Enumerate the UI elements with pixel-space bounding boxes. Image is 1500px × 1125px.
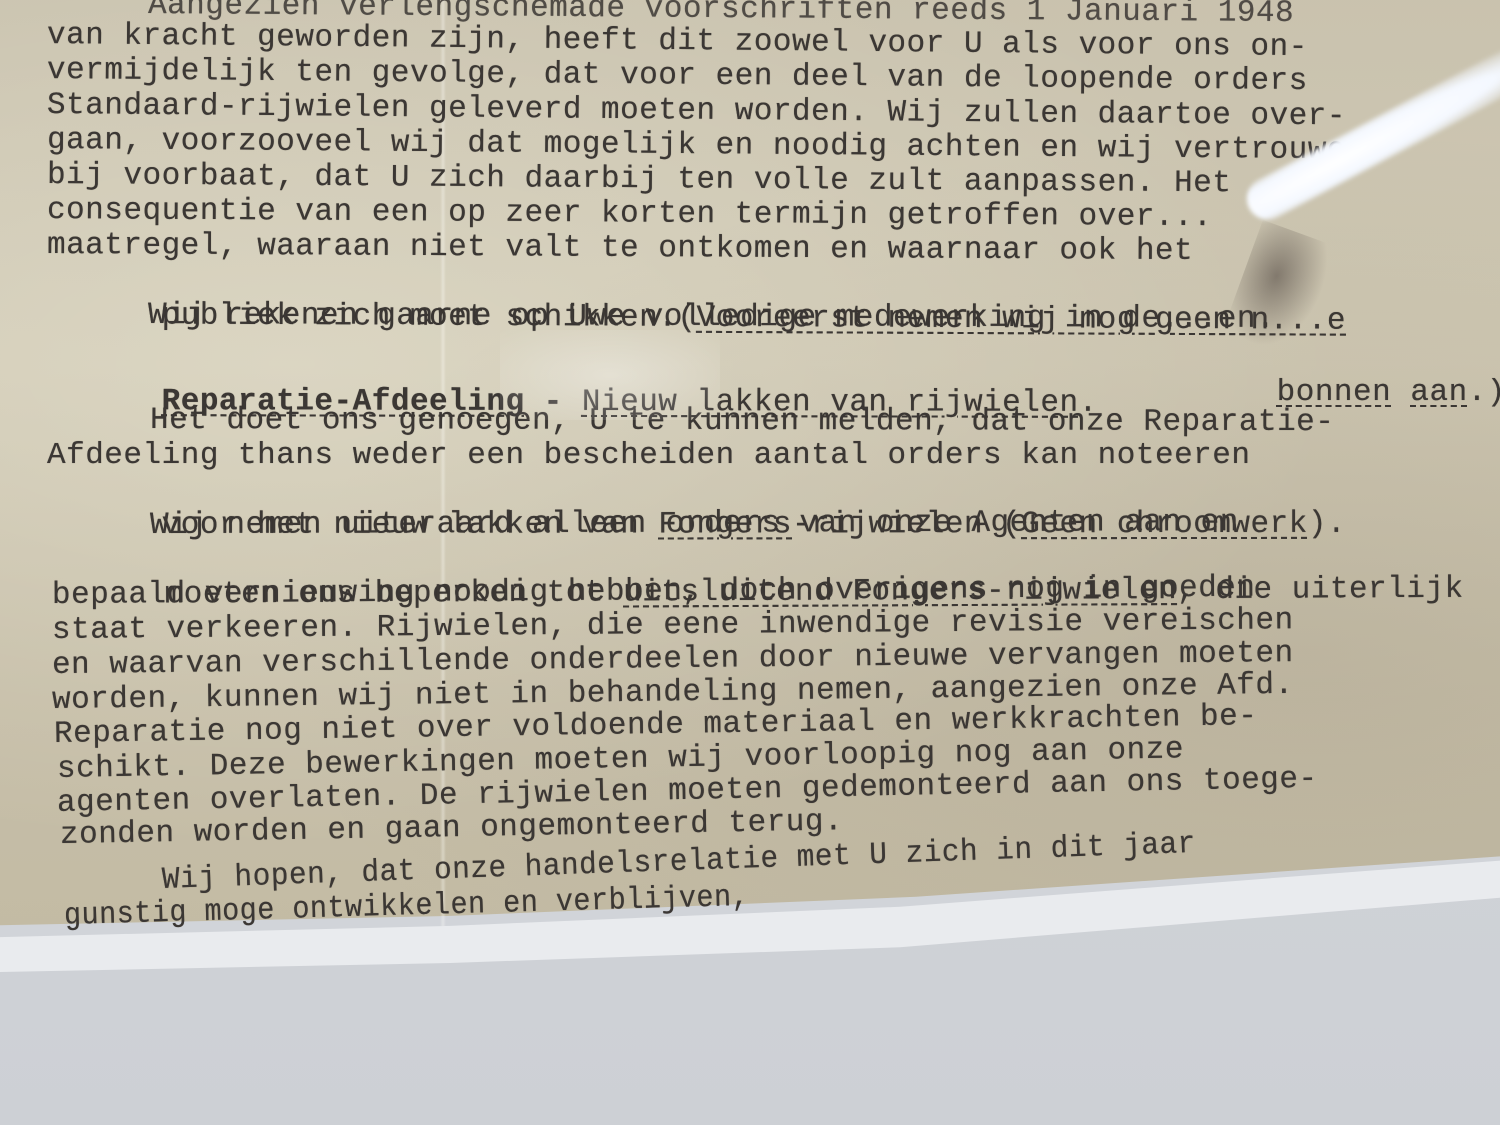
underlined-note: aan xyxy=(1410,375,1467,410)
glass-reflection xyxy=(500,330,720,420)
text-run: .) xyxy=(1468,375,1500,410)
text-line: Wij nemen uiteraard alleen orders van on… xyxy=(150,505,1239,543)
text-line: Afdeeling thans weder een bescheiden aan… xyxy=(47,438,1251,473)
text-line: Het doet ons genoegen, U te kunnen melde… xyxy=(150,403,1334,440)
document-photo: Aangezien verlengschemade voorschriften … xyxy=(0,0,1500,1125)
letter-text: Aangezien verlengschemade voorschriften … xyxy=(0,0,1500,940)
